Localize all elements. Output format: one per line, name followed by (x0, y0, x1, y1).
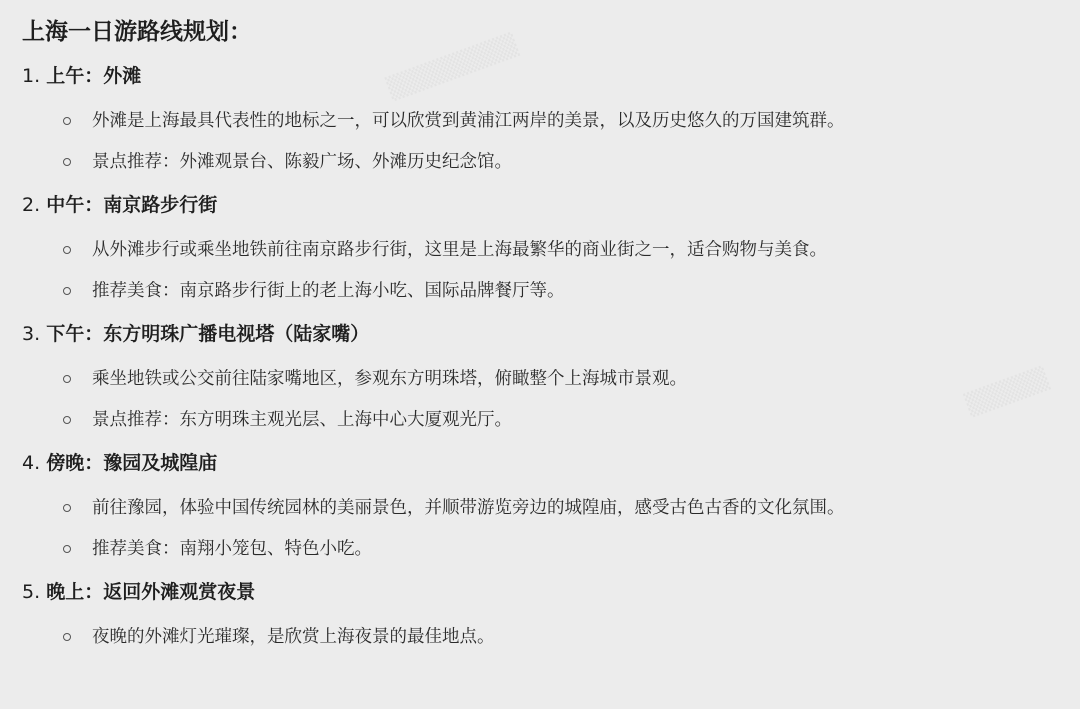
page-title: 上海一日游路线规划： (22, 14, 1080, 50)
hollow-circle-bullet-icon (63, 504, 71, 512)
list-item: 景点推荐：外滩观景台、陈毅广场、外滩历史纪念馆。 (22, 149, 1080, 175)
section-label: 晚上：返回外滩观赏夜景 (46, 581, 255, 603)
hollow-circle-bullet-icon (63, 117, 71, 125)
section-dusk: 4. 傍晚：豫园及城隍庙 前往豫园，体验中国传统园林的美丽景色，并顺带游览旁边的… (22, 449, 1080, 562)
list-item-text: 夜晚的外滩灯光璀璨，是欣赏上海夜景的最佳地点。 (92, 627, 495, 647)
hollow-circle-bullet-icon (63, 375, 71, 383)
list-item-text: 推荐美食：南翔小笼包、特色小吃。 (92, 539, 372, 559)
hollow-circle-bullet-icon (63, 633, 71, 641)
list-item: 景点推荐：东方明珠主观光层、上海中心大厦观光厅。 (22, 407, 1080, 433)
section-number: 5. (22, 581, 40, 603)
list-item: 从外滩步行或乘坐地铁前往南京路步行街，这里是上海最繁华的商业街之一，适合购物与美… (22, 237, 1080, 263)
bullet-list: 前往豫园，体验中国传统园林的美丽景色，并顺带游览旁边的城隍庙，感受古色古香的文化… (22, 495, 1080, 562)
section-label: 下午：东方明珠广播电视塔（陆家嘴） (46, 323, 369, 345)
bullet-list: 从外滩步行或乘坐地铁前往南京路步行街，这里是上海最繁华的商业街之一，适合购物与美… (22, 237, 1080, 304)
section-number: 2. (22, 194, 40, 216)
list-item: 前往豫园，体验中国传统园林的美丽景色，并顺带游览旁边的城隍庙，感受古色古香的文化… (22, 495, 1080, 521)
list-item-text: 推荐美食：南京路步行街上的老上海小吃、国际品牌餐厅等。 (92, 281, 565, 301)
section-number: 4. (22, 452, 40, 474)
hollow-circle-bullet-icon (63, 416, 71, 424)
section-morning: 1. 上午：外滩 外滩是上海最具代表性的地标之一，可以欣赏到黄浦江两岸的美景，以… (22, 62, 1080, 175)
hollow-circle-bullet-icon (63, 246, 71, 254)
section-heading: 3. 下午：东方明珠广播电视塔（陆家嘴） (22, 320, 1080, 348)
list-item-text: 乘坐地铁或公交前往陆家嘴地区，参观东方明珠塔，俯瞰整个上海城市景观。 (92, 369, 687, 389)
list-item-text: 景点推荐：东方明珠主观光层、上海中心大厦观光厅。 (92, 410, 512, 430)
list-item-text: 外滩是上海最具代表性的地标之一，可以欣赏到黄浦江两岸的美景，以及历史悠久的万国建… (92, 111, 845, 131)
section-noon: 2. 中午：南京路步行街 从外滩步行或乘坐地铁前往南京路步行街，这里是上海最繁华… (22, 191, 1080, 304)
bullet-list: 外滩是上海最具代表性的地标之一，可以欣赏到黄浦江两岸的美景，以及历史悠久的万国建… (22, 108, 1080, 175)
list-item: 夜晚的外滩灯光璀璨，是欣赏上海夜景的最佳地点。 (22, 624, 1080, 650)
list-item-text: 前往豫园，体验中国传统园林的美丽景色，并顺带游览旁边的城隍庙，感受古色古香的文化… (92, 498, 845, 518)
list-item: 外滩是上海最具代表性的地标之一，可以欣赏到黄浦江两岸的美景，以及历史悠久的万国建… (22, 108, 1080, 134)
section-heading: 2. 中午：南京路步行街 (22, 191, 1080, 219)
list-item-text: 景点推荐：外滩观景台、陈毅广场、外滩历史纪念馆。 (92, 152, 512, 172)
section-heading: 4. 傍晚：豫园及城隍庙 (22, 449, 1080, 477)
section-heading: 5. 晚上：返回外滩观赏夜景 (22, 578, 1080, 606)
section-evening: 5. 晚上：返回外滩观赏夜景 夜晚的外滩灯光璀璨，是欣赏上海夜景的最佳地点。 (22, 578, 1080, 650)
list-item: 推荐美食：南翔小笼包、特色小吃。 (22, 536, 1080, 562)
section-label: 上午：外滩 (46, 65, 141, 87)
hollow-circle-bullet-icon (63, 287, 71, 295)
section-label: 傍晚：豫园及城隍庙 (46, 452, 217, 474)
list-item: 推荐美食：南京路步行街上的老上海小吃、国际品牌餐厅等。 (22, 278, 1080, 304)
hollow-circle-bullet-icon (63, 545, 71, 553)
section-number: 3. (22, 323, 40, 345)
section-number: 1. (22, 65, 40, 87)
section-heading: 1. 上午：外滩 (22, 62, 1080, 90)
section-afternoon: 3. 下午：东方明珠广播电视塔（陆家嘴） 乘坐地铁或公交前往陆家嘴地区，参观东方… (22, 320, 1080, 433)
document: 上海一日游路线规划： 1. 上午：外滩 外滩是上海最具代表性的地标之一，可以欣赏… (22, 14, 1080, 650)
list-item-text: 从外滩步行或乘坐地铁前往南京路步行街，这里是上海最繁华的商业街之一，适合购物与美… (92, 240, 827, 260)
hollow-circle-bullet-icon (63, 158, 71, 166)
bullet-list: 乘坐地铁或公交前往陆家嘴地区，参观东方明珠塔，俯瞰整个上海城市景观。 景点推荐：… (22, 366, 1080, 433)
section-label: 中午：南京路步行街 (46, 194, 217, 216)
list-item: 乘坐地铁或公交前往陆家嘴地区，参观东方明珠塔，俯瞰整个上海城市景观。 (22, 366, 1080, 392)
bullet-list: 夜晚的外滩灯光璀璨，是欣赏上海夜景的最佳地点。 (22, 624, 1080, 650)
